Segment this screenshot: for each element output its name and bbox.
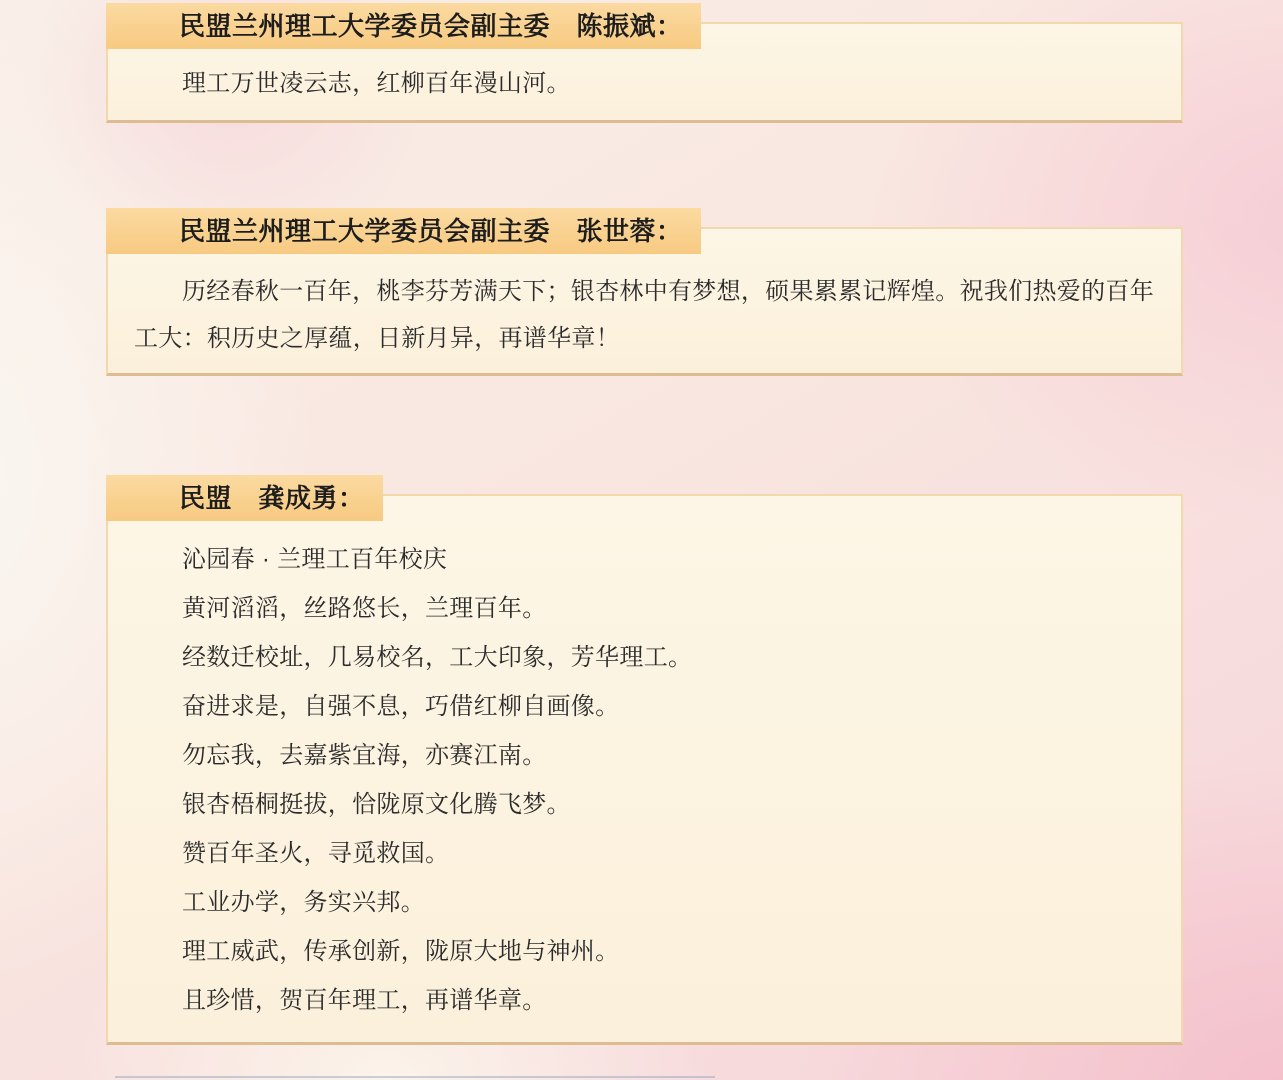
author-label: 民盟兰州理工大学委员会副主委 陈振斌： [106,3,701,49]
poem-line: 经数迁校址，几易校名，工大印象，芳华理工。 [134,633,1155,682]
author-label-text: 民盟兰州理工大学委员会副主委 陈振斌： [179,11,683,41]
message-card-zhang-shirong: 民盟兰州理工大学委员会副主委 张世蓉： 历经春秋一百年，桃李芬芳满天下；银杏林中… [106,227,1183,376]
message-text: 历经春秋一百年，桃李芬芳满天下；银杏林中有梦想，硕果累累记辉煌。祝我们热爱的百年… [134,268,1155,362]
poem-line: 工业办学，务实兴邦。 [134,878,1155,927]
poem-line: 奋进求是，自强不息，巧借红柳自画像。 [134,682,1155,731]
poem-line: 勿忘我，去嘉紫宜海，亦赛江南。 [134,731,1155,780]
poem-line: 黄河滔滔，丝路悠长，兰理百年。 [134,584,1155,633]
message-card-chen-zhenbin: 民盟兰州理工大学委员会副主委 陈振斌： 理工万世凌云志，红柳百年漫山河。 [106,22,1183,123]
poem-line: 赞百年圣火，寻觅救国。 [134,829,1155,878]
poem-line: 且珍惜，贺百年理工，再谱华章。 [134,976,1155,1025]
author-label-text: 民盟 龚成勇： [179,483,365,513]
poem-line: 银杏梧桐挺拔，恰陇原文化腾飞梦。 [134,780,1155,829]
author-label-text: 民盟兰州理工大学委员会副主委 张世蓉： [179,216,683,246]
message-body: 沁园春 · 兰理工百年校庆 黄河滔滔，丝路悠长，兰理百年。 经数迁校址，几易校名… [108,496,1181,1025]
message-text: 理工万世凌云志，红柳百年漫山河。 [134,60,1155,108]
message-card-gong-chengyong: 民盟 龚成勇： 沁园春 · 兰理工百年校庆 黄河滔滔，丝路悠长，兰理百年。 经数… [106,494,1183,1045]
author-label: 民盟 龚成勇： [106,475,383,521]
article-page: 民盟兰州理工大学委员会副主委 陈振斌： 理工万世凌云志，红柳百年漫山河。 民盟兰… [0,0,1283,1080]
poem-line: 理工威武，传承创新，陇原大地与神州。 [134,927,1155,976]
poem-title-line: 沁园春 · 兰理工百年校庆 [134,535,1155,584]
bottom-divider-line [115,1076,715,1078]
author-label: 民盟兰州理工大学委员会副主委 张世蓉： [106,208,701,254]
